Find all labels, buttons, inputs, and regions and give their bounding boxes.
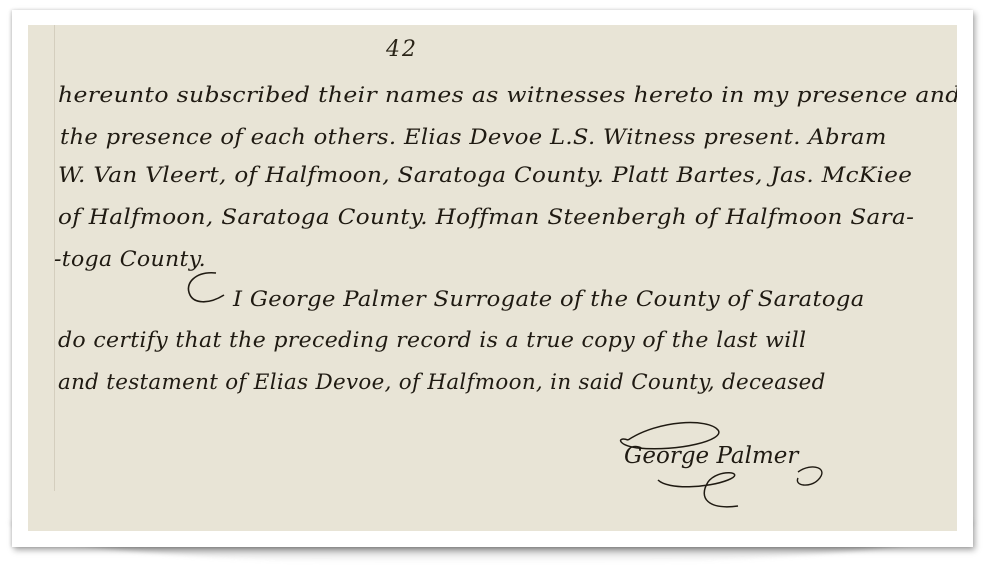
bracket-flourish-icon (176, 265, 236, 315)
text-line-4: of Halfmoon, Saratoga County. Hoffman St… (58, 205, 914, 229)
signature: George Palmer (624, 443, 798, 469)
text-line-6: I George Palmer Surrogate of the County … (233, 287, 865, 311)
page-number: 42 (386, 37, 418, 62)
photo-frame: 42 hereunto subscribed their names as wi… (12, 10, 973, 547)
text-line-1: hereunto subscribed their names as witne… (58, 83, 957, 107)
text-line-8: and testament of Elias Devoe, of Halfmoo… (58, 370, 826, 394)
text-line-7: do certify that the preceding record is … (58, 328, 806, 352)
text-line-3: W. Van Vleert, of Halfmoon, Saratoga Cou… (58, 163, 912, 187)
text-line-5: -toga County. (54, 247, 206, 271)
text-line-2: the presence of each others. Elias Devoe… (60, 125, 887, 149)
document-paper: 42 hereunto subscribed their names as wi… (28, 25, 957, 531)
